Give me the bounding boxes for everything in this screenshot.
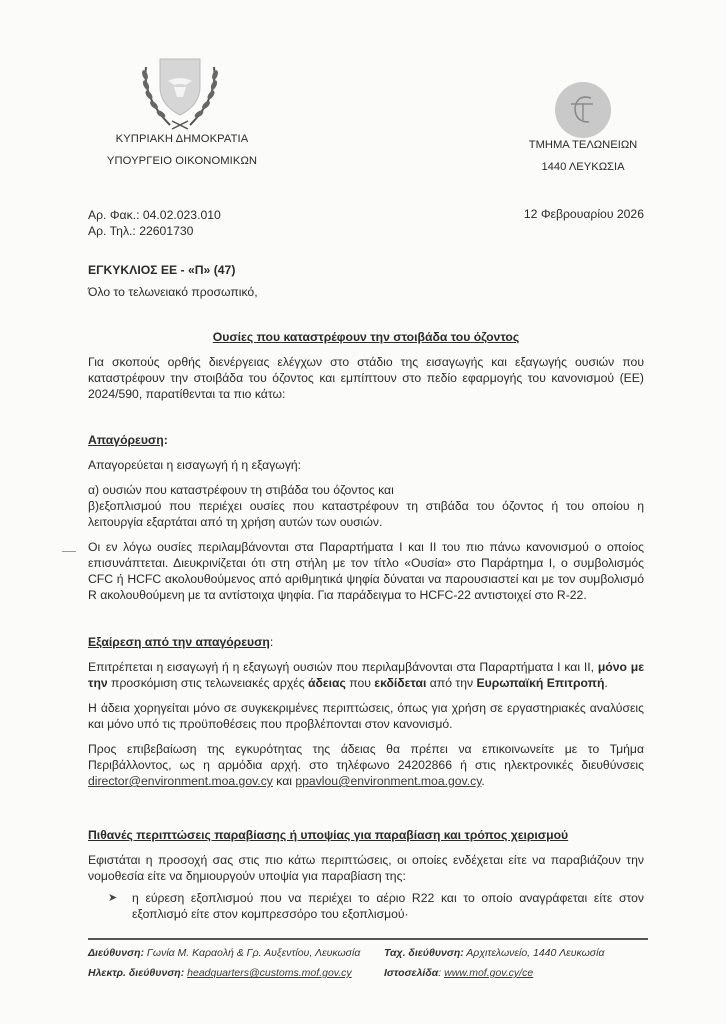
document-date: 12 Φεβρουαρίου 2026 (516, 207, 644, 221)
footer-website-link[interactable]: www.mof.gov.cy/ce (444, 967, 533, 979)
department-city: 1440 ΛΕΥΚΩΣΙΑ (508, 156, 658, 178)
email-link-ppavlou[interactable]: ppavlou@environment.moa.gov.cy (295, 774, 481, 788)
footer-website: Ιστοσελίδα: www.mof.gov.cy/ce (384, 967, 533, 979)
subject-title: Ουσίες που καταστρέφουν την στοιβάδα του… (88, 329, 644, 345)
violations-section: Πιθανές περιπτώσεις παραβίασης ή υποψίας… (88, 827, 644, 922)
exemption-heading: Εξαίρεση από την απαγόρευση: (88, 634, 644, 650)
margin-mark (62, 551, 76, 552)
department-name: ΤΜΗΜΑ ΤΕΛΩΝΕΙΩΝ (508, 134, 658, 156)
cyprus-coat-of-arms-icon (130, 57, 230, 132)
prohibition-section: Απαγόρευση: Απαγορεύεται η εισαγωγή ή η … (88, 432, 644, 603)
phone-reference: Αρ. Τηλ.: 22601730 (88, 223, 221, 239)
addressee: Όλο το τελωνειακό προσωπικό, (88, 285, 258, 299)
list-item: ➤ η εύρεση εξοπλισμού που να περιέχει το… (88, 890, 644, 922)
prohibition-item-a: α) ουσιών που καταστρέφουν τη στιβάδα το… (88, 482, 644, 498)
arrowhead-bullet-icon: ➤ (88, 890, 132, 922)
footer-email-link[interactable]: headquarters@customs.mof.gov.cy (187, 967, 352, 979)
footer-address: Διεύθυνση: Γωνία Μ. Καραολή & Γρ. Αυξεντ… (88, 947, 360, 959)
exemption-paragraph-2: Η άδεια χορηγείται μόνο σε συγκεκριμένες… (88, 700, 644, 732)
exemption-paragraph-1: Επιτρέπεται η εισαγωγή ή η εξαγωγή ουσιώ… (88, 659, 644, 691)
prohibition-annex-note: Οι εν λόγω ουσίες περιλαμβάνονται στα Πα… (88, 539, 644, 603)
violation-item-text: η εύρεση εξοπλισμού που να περιέχει το α… (132, 890, 644, 922)
issuer-left-header: ΚΥΠΡΙΑΚΗ ΔΗΜΟΚΡΑΤΙΑ ΥΠΟΥΡΓΕΙΟ ΟΙΚΟΝΟΜΙΚΩ… (92, 128, 272, 172)
subject-intro: Για σκοπούς ορθής διενέργειας ελέγχων στ… (88, 354, 644, 402)
footer-email: Ηλεκτρ. διεύθυνση: headquarters@customs.… (88, 967, 352, 979)
exemption-title: Εξαίρεση από την απαγόρευση (88, 635, 270, 649)
prohibition-item-b: β)εξοπλισμού που περιέχει ουσίες που κατ… (88, 498, 644, 530)
circular-title: ΕΓΚΥΚΛΙΟΣ ΕΕ - «Π» (47) (88, 263, 235, 277)
reference-block: Αρ. Φακ.: 04.02.023.010 Αρ. Τηλ.: 226017… (88, 207, 221, 239)
violations-lead: Εφιστάται η προσοχή σας στις πιο κάτω πε… (88, 852, 644, 884)
ministry-name: ΥΠΟΥΡΓΕΙΟ ΟΙΚΟΝΟΜΙΚΩΝ (92, 150, 272, 172)
issuer-right-header: ΤΜΗΜΑ ΤΕΛΩΝΕΙΩΝ 1440 ΛΕΥΚΩΣΙΑ (508, 134, 658, 178)
prohibition-title: Απαγόρευση (88, 433, 164, 447)
violations-title: Πιθανές περιπτώσεις παραβίασης ή υποψίας… (88, 827, 644, 843)
customs-seal-icon (553, 80, 613, 140)
prohibition-heading: Απαγόρευση: (88, 432, 644, 448)
footer-divider (88, 938, 648, 940)
exemption-paragraph-3: Προς επιβεβαίωση της εγκυρότητας της άδε… (88, 741, 644, 789)
subject-section: Ουσίες που καταστρέφουν την στοιβάδα του… (88, 329, 644, 402)
exemption-section: Εξαίρεση από την απαγόρευση: Επιτρέπεται… (88, 634, 644, 789)
country-name: ΚΥΠΡΙΑΚΗ ΔΗΜΟΚΡΑΤΙΑ (92, 128, 272, 150)
file-reference: Αρ. Φακ.: 04.02.023.010 (88, 207, 221, 223)
footer-postal-address: Ταχ. διεύθυνση: Αρχιτελωνείο, 1440 Λευκω… (384, 947, 604, 959)
prohibition-lead: Απαγορεύεται η εισαγωγή ή η εξαγωγή: (88, 457, 644, 473)
email-link-director[interactable]: director@environment.moa.gov.cy (88, 774, 273, 788)
